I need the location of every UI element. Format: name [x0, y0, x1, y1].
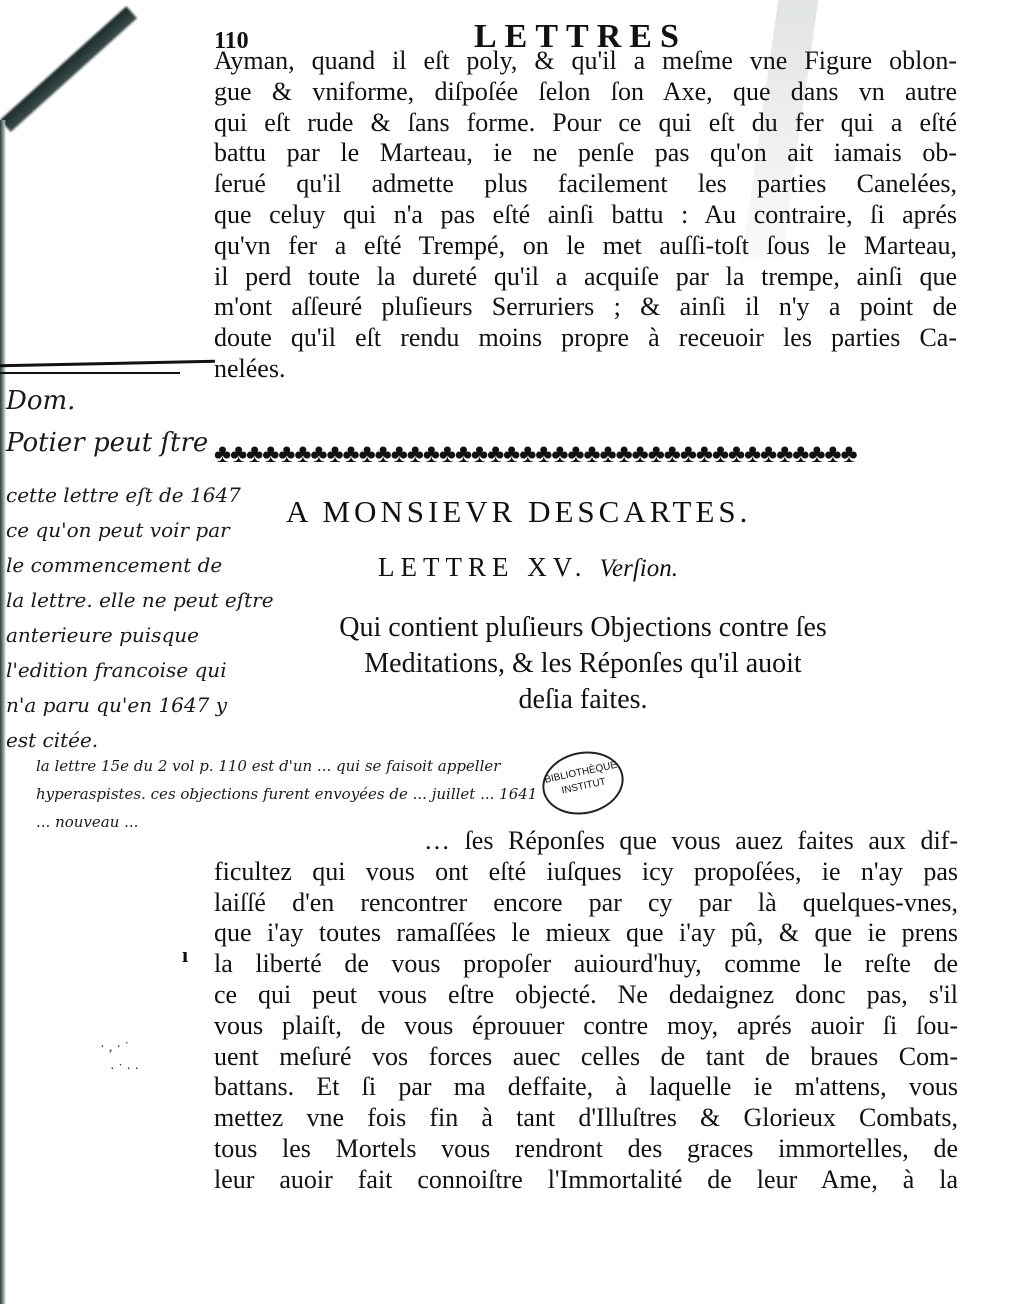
text-line: que i'ay toutes ramaſſées le mieux que i… — [214, 918, 958, 949]
handwritten-line: ce qu'on peut voir par — [6, 513, 306, 548]
text-line: laiſſé d'en rencontrer encore par cy par… — [214, 888, 958, 919]
text-line: que celuy qui n'a pas eſté ainſi battu :… — [214, 200, 957, 231]
handwritten-margin-note: Dom. Potier peut ſtre cette lettre eſt d… — [6, 380, 306, 758]
letter-summary: Qui contient pluſieurs Objections contre… — [258, 610, 908, 718]
text-line: gue & vniforme, diſpoſée ſelon ſon Axe, … — [214, 77, 957, 108]
handwritten-rule — [0, 360, 215, 368]
handwritten-line: la lettre. elle ne peut eſtre — [6, 583, 306, 618]
text-block-continuation: Ayman, quand il eſt poly, & qu'il a meſm… — [214, 46, 957, 385]
handwritten-line: Potier peut ſtre — [6, 422, 306, 464]
summary-line: Qui contient pluſieurs Objections contre… — [258, 610, 908, 646]
text-line: nelées. — [214, 354, 957, 385]
letter-title: LETTRE XV.Verſion. — [378, 552, 678, 583]
text-line: tous les Mortels vous rendront des grace… — [214, 1134, 958, 1165]
handwritten-line: le commencement de — [6, 548, 306, 583]
handwritten-line: cette lettre eſt de 1647 — [6, 478, 306, 513]
handwritten-rule — [0, 372, 180, 374]
text-line: ce qui peut vous eſtre objecté. Ne dedai… — [214, 980, 958, 1011]
ink-specks: · ‚ · ˙ — [100, 1040, 129, 1056]
handwritten-line: n'a paru qu'en 1647 y — [6, 688, 306, 723]
handwritten-line: Dom. — [6, 380, 306, 422]
ink-specks: · ˙ · · — [110, 1062, 139, 1078]
text-line: mettez vne fois fin à tant d'Illuſtres &… — [214, 1103, 958, 1134]
handwritten-bottom-note: la lettre 15e du 2 vol p. 110 est d'un .… — [36, 752, 537, 836]
text-block-letter-body: … ſes Réponſes que vous auez faites aux … — [214, 826, 958, 1196]
letter-number: LETTRE XV. — [378, 552, 588, 582]
summary-line: deſia faites. — [258, 682, 908, 718]
text-line: il perd toute la dureté qu'il a acquiſe … — [214, 262, 957, 293]
fleuron-ornament-band: ♣♣♣♣♣♣♣♣♣♣♣♣♣♣♣♣♣♣♣♣♣♣♣♣♣♣♣♣♣♣♣♣♣♣♣♣♣♣♣♣ — [214, 436, 950, 472]
text-line: qu'vn fer a eſté Trempé, on le met auſſi… — [214, 231, 957, 262]
handwritten-line: anterieure puisque — [6, 618, 306, 653]
page-corner-shadow — [0, 6, 137, 132]
text-line: battans. Et ſi par ma deffaite, à laquel… — [214, 1072, 958, 1103]
handwritten-line: ... nouveau ... — [36, 808, 537, 836]
text-line: ficultez qui vous ont eſté iuſques icy p… — [214, 857, 958, 888]
text-line: Ayman, quand il eſt poly, & qu'il a meſm… — [214, 46, 957, 77]
text-line: uent meſuré vos forces auec celles de ta… — [214, 1042, 958, 1073]
text-line: ſerué qu'il admette plus facilement les … — [214, 169, 957, 200]
margin-mark: ı — [182, 942, 188, 968]
scanned-book-page: 110 LETTRES Ayman, quand il eſt poly, & … — [0, 0, 1024, 1304]
handwritten-line: la lettre 15e du 2 vol p. 110 est d'un .… — [36, 752, 537, 780]
handwritten-line: l'edition francoise qui — [6, 653, 306, 688]
text-line: vous plaiſt, de vous éprouuer contre moy… — [214, 1011, 958, 1042]
text-line: battu par le Marteau, ie ne penſe pas qu… — [214, 138, 957, 169]
text-line: leur auoir fait connoiſtre l'Immortalité… — [214, 1165, 958, 1196]
letter-addressee: A MONSIEVR DESCARTES. — [286, 494, 751, 530]
handwritten-line: hyperaspistes. ces objections furent env… — [36, 780, 537, 808]
text-line: la liberté de vous propoſer auiourd'huy,… — [214, 949, 958, 980]
version-label: Verſion. — [600, 555, 678, 582]
text-line: qui eſt rude & ſans forme. Pour ce qui e… — [214, 108, 957, 139]
library-stamp: BIBLIOTHÈQUE INSTITUT — [536, 744, 629, 822]
summary-line: Meditations, & les Réponſes qu'il auoit — [258, 646, 908, 682]
text-line: m'ont aſſeuré pluſieurs Serruriers ; & a… — [214, 292, 957, 323]
text-line: doute qu'il eſt rendu moins propre à rec… — [214, 323, 957, 354]
